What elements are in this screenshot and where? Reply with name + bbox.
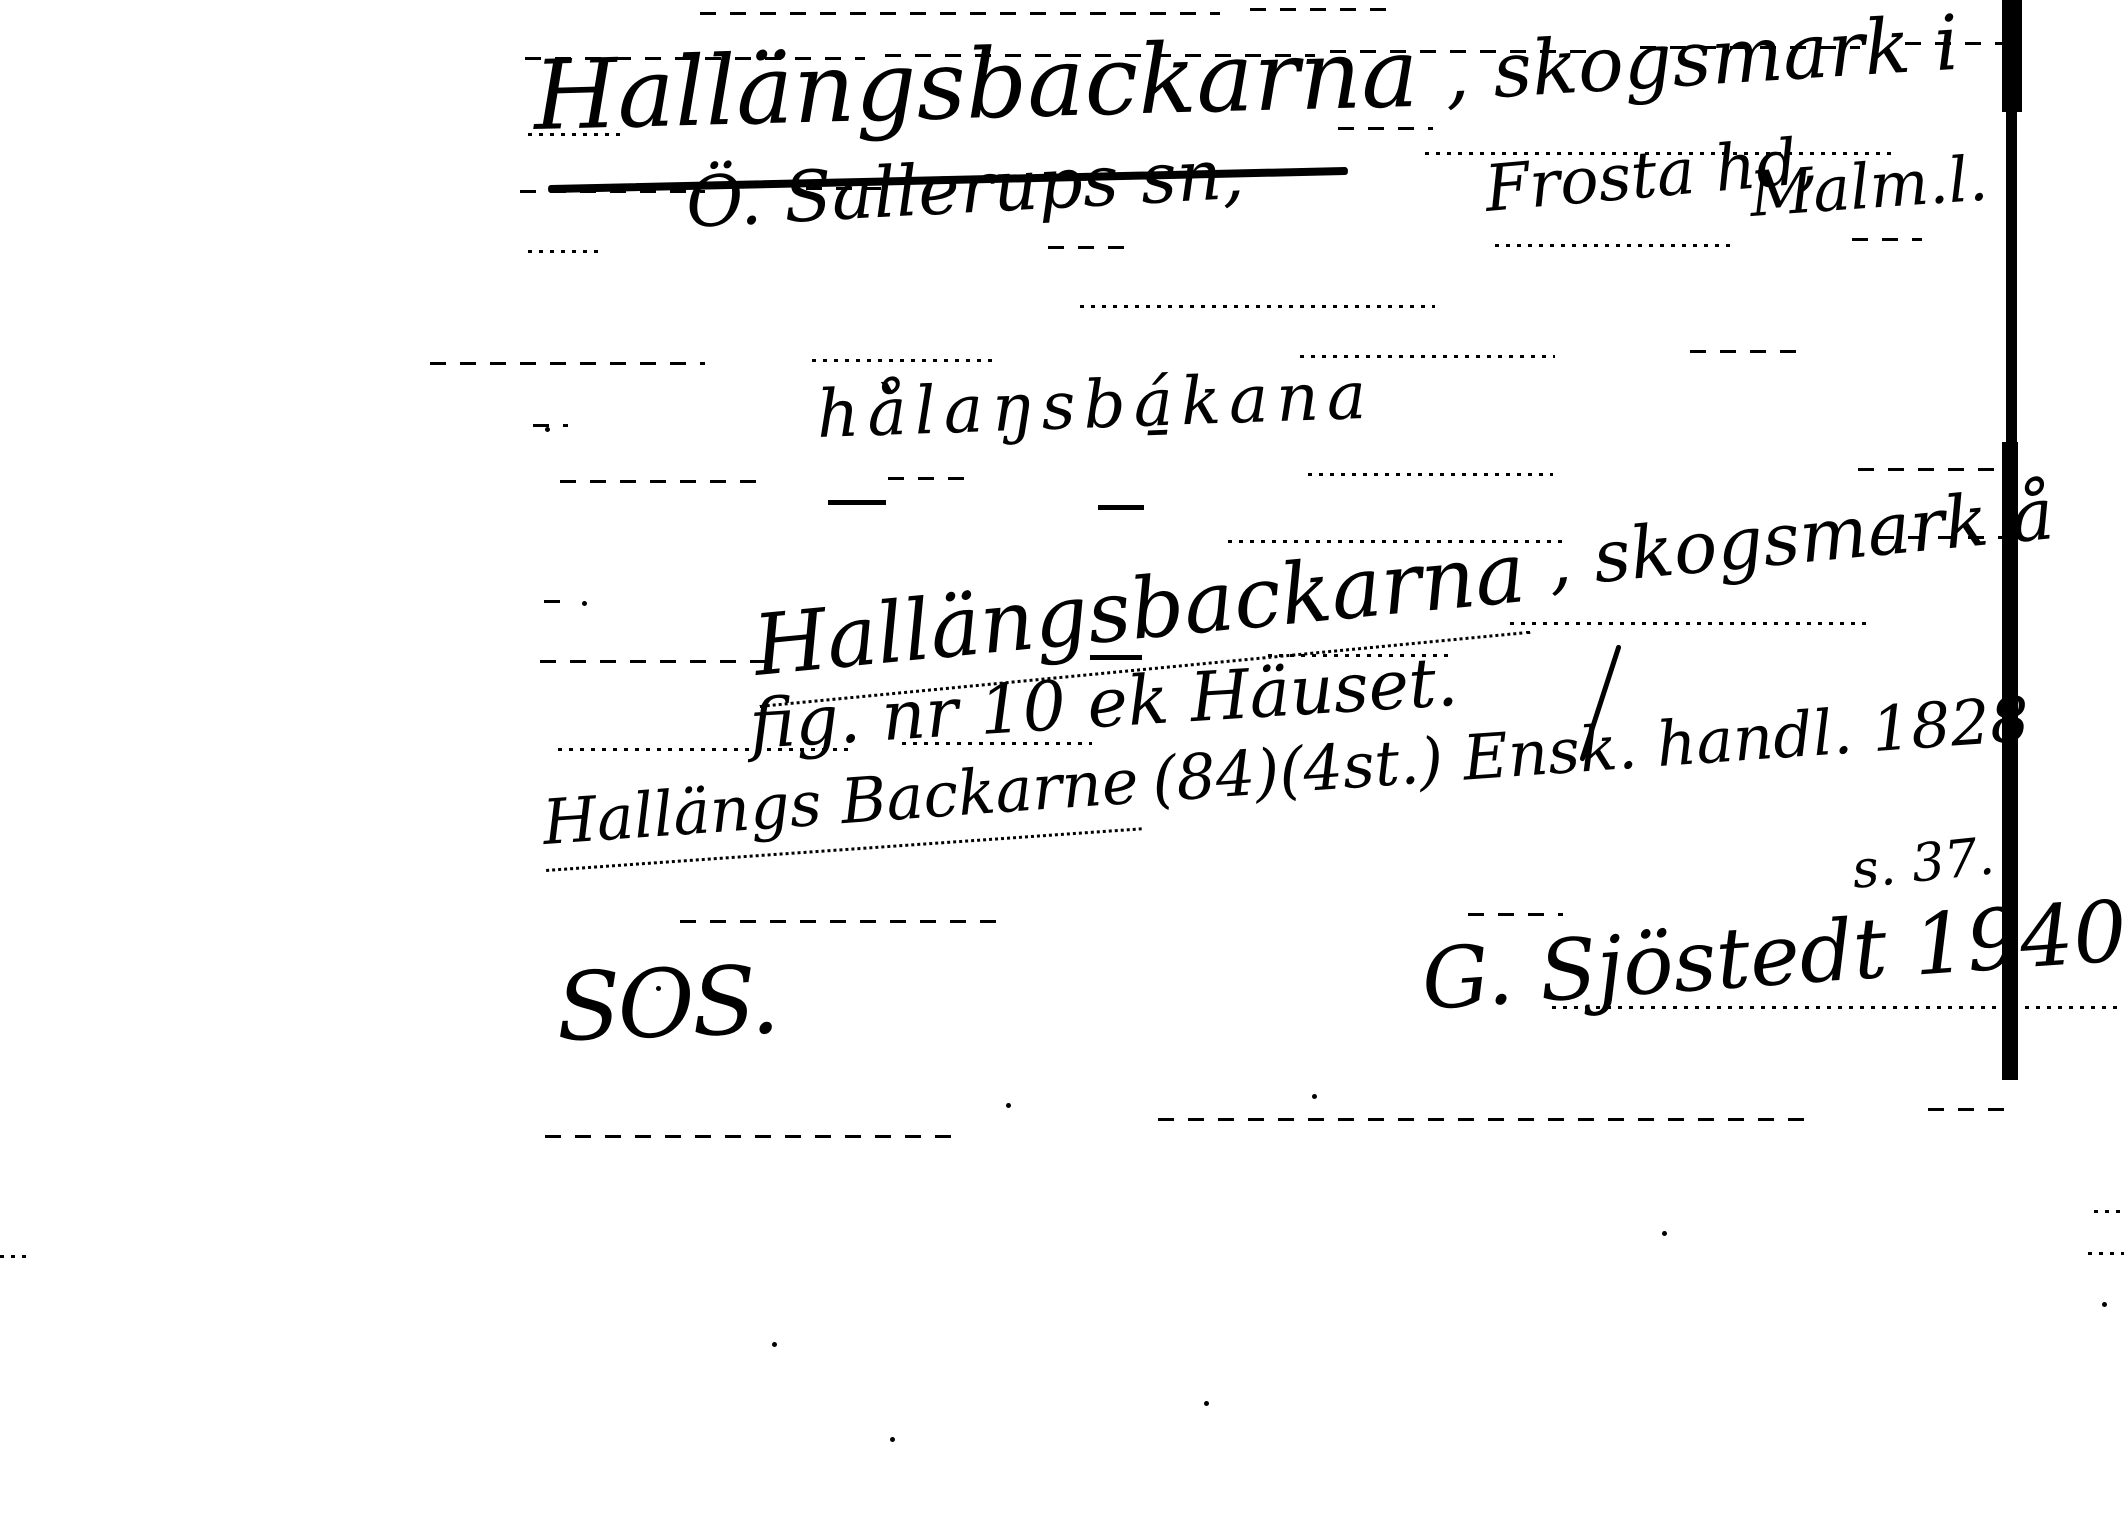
- ruled-line: [812, 359, 997, 362]
- ruled-line: [828, 500, 886, 505]
- source-page: s. 37.: [1850, 830, 1997, 897]
- scan-speck: [1204, 1401, 1209, 1406]
- card-edge-line: [2002, 0, 2022, 112]
- ruled-line: [1690, 350, 1810, 353]
- entry-line-1: Hallängsbackarna, skogsmark i: [532, 11, 1960, 144]
- ruled-line: [1878, 536, 2008, 539]
- ruled-line: [544, 600, 572, 603]
- ruled-line: [700, 12, 1220, 15]
- ruled-line: [1858, 468, 2003, 471]
- scan-speck: [656, 986, 661, 991]
- ruled-line: [528, 250, 603, 253]
- ruled-line: [558, 748, 853, 751]
- locality-parish: Ö. Sallerups sn,: [684, 139, 1245, 238]
- ruled-line: [1338, 127, 1433, 130]
- source-ref: Ensk. handl. 1828: [1461, 688, 2031, 789]
- ruled-line: [560, 480, 765, 483]
- ruled-line: [1080, 305, 1435, 308]
- ruled-line: [528, 133, 623, 136]
- ruled-line: [0, 1255, 26, 1258]
- ruled-line: [1250, 8, 1400, 11]
- ruled-line: [1228, 540, 1563, 543]
- ruled-line: [520, 190, 705, 193]
- ruled-line: [1852, 238, 1922, 241]
- ruled-line: [1048, 246, 1133, 249]
- ruled-line: [888, 477, 973, 480]
- source-name: Hallängs Backarne: [540, 745, 1141, 872]
- ruled-line: [902, 742, 1092, 745]
- ruled-line: [525, 57, 865, 60]
- ruled-line: [1300, 355, 1555, 358]
- ruled-line: [1330, 50, 1600, 53]
- phonetic-form: hå̀laŋsbá̱kana: [816, 363, 1375, 448]
- ruled-line: [533, 424, 568, 427]
- ruled-line: [1158, 1118, 1808, 1121]
- scanned-card: Hallängsbackarna, skogsmark i Ö. Salleru…: [0, 0, 2124, 1533]
- ruled-line: [1468, 913, 1563, 916]
- scan-speck: [1662, 1231, 1667, 1236]
- ruled-line: [1425, 152, 1895, 155]
- source-counts: (84)(4st.): [1150, 729, 1445, 811]
- headword-description: , skogsmark i: [1442, 5, 1961, 112]
- sigla: SOS.: [555, 954, 779, 1056]
- ruled-line: [2094, 1210, 2124, 1213]
- ruled-line: [430, 362, 705, 365]
- ruled-line: [1090, 655, 1142, 660]
- ruled-line: [1905, 42, 2005, 45]
- ruled-line: [540, 660, 765, 663]
- scan-speck: [890, 1437, 895, 1442]
- scan-speck: [545, 427, 550, 432]
- ruled-line: [885, 54, 1315, 57]
- scan-speck: [1006, 1103, 1011, 1108]
- ruled-line: [806, 187, 881, 190]
- scan-speck: [772, 1342, 777, 1347]
- ruled-line: [1640, 46, 1860, 49]
- scan-speck: [1312, 1094, 1317, 1099]
- ruled-line: [1495, 244, 1730, 247]
- card-edge-line: [2006, 112, 2017, 442]
- ruled-line: [1510, 622, 1870, 625]
- ruled-line: [1308, 473, 1553, 476]
- ruled-line: [1098, 505, 1144, 510]
- scan-speck: [582, 601, 587, 606]
- locality-county: Malm.l.: [1748, 148, 1990, 226]
- ruled-line: [545, 1135, 960, 1138]
- scan-speck: [2102, 1302, 2107, 1307]
- ruled-line: [2088, 1252, 2124, 1255]
- ruled-line: [1552, 1006, 2124, 1009]
- ruled-line: [1928, 1108, 2013, 1111]
- ruled-line: [1268, 654, 1453, 657]
- ruled-line: [680, 920, 1010, 923]
- headword: Hallängsbackarna: [532, 17, 1420, 152]
- signature: G. Sjöstedt 1940.: [1419, 887, 2124, 1022]
